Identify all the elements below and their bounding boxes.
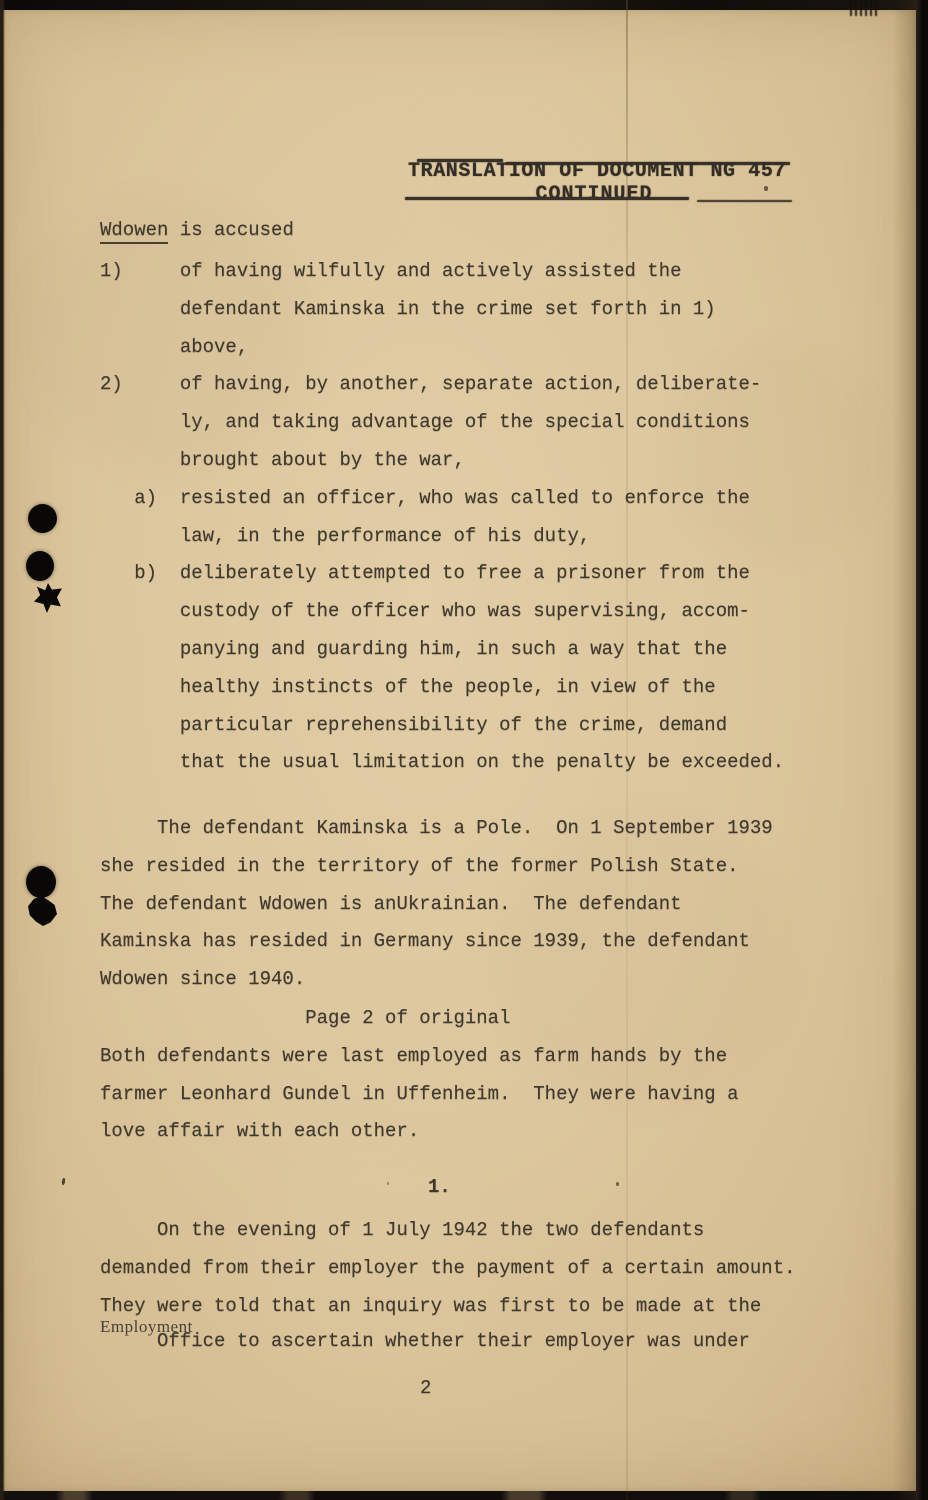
punch-hole-mark — [26, 866, 56, 898]
page2-section: Page 2 of originalBoth defendants were l… — [100, 1000, 739, 1151]
text-line: particular reprehensibility of the crime… — [100, 707, 784, 745]
text-line: custody of the officer who was supervisi… — [100, 593, 784, 631]
ink-smudge-top-right — [850, 0, 878, 16]
text-line: 2) of having, by another, separate actio… — [100, 366, 784, 404]
text-line: healthy instincts of the people, in view… — [100, 669, 784, 707]
ink-speck — [616, 1182, 619, 1186]
office-continuation-line: Office to ascertain whether their employ… — [100, 1330, 750, 1352]
defendant-name: Wdowen — [100, 219, 168, 244]
residence-paragraph: The defendant Kaminska is a Pole. On 1 S… — [100, 810, 773, 999]
text-line: she resided in the territory of the form… — [100, 848, 773, 886]
section-number: 1. — [428, 1176, 451, 1198]
text-line: On the evening of 1 July 1942 the two de… — [100, 1212, 796, 1250]
document-title: TRANSLATION OF DOCUMENT NG 457 — [408, 160, 786, 183]
paper-edge-shadow — [893, 0, 916, 1500]
text-line: Both defendants were last employed as fa… — [100, 1038, 739, 1076]
text-line: Page 2 of original — [100, 1000, 739, 1038]
scan-edge-top — [0, 0, 928, 10]
text-line: demanded from their employer the payment… — [100, 1250, 796, 1288]
text-line: farmer Leonhard Gundel in Uffenheim. The… — [100, 1076, 739, 1114]
document-subtitle: CONTINUED — [408, 183, 780, 206]
scan-edge-bottom — [0, 1491, 928, 1500]
text-line: Wdowen since 1940. — [100, 961, 773, 999]
incident-paragraph: On the evening of 1 July 1942 the two de… — [100, 1212, 796, 1325]
scan-edge-left — [0, 0, 5, 1500]
text-line: brought about by the war, — [100, 442, 784, 480]
text-line: 1) of having wilfully and actively assis… — [100, 253, 784, 291]
ink-mark-top-center — [553, 0, 561, 9]
text-line: The defendant Wdowen is anUkrainian. The… — [100, 886, 773, 924]
page-number: 2 — [420, 1377, 431, 1399]
text-line: panying and guarding him, in such a way … — [100, 631, 784, 669]
text-line: ly, and taking advantage of the special … — [100, 404, 784, 442]
text-line: a) resisted an officer, who was called t… — [100, 480, 784, 518]
accusation-heading: Wdowen is accused — [100, 219, 294, 241]
text-line: law, in the performance of his duty, — [100, 518, 784, 556]
text-line: above, — [100, 329, 784, 367]
text-line: They were told that an inquiry was first… — [100, 1288, 796, 1326]
text-line: The defendant Kaminska is a Pole. On 1 S… — [100, 810, 773, 848]
text-line: that the usual limitation on the penalty… — [100, 744, 784, 782]
scan-edge-right — [916, 0, 928, 1500]
accusations-list: 1) of having wilfully and actively assis… — [100, 253, 784, 782]
text-line: Kaminska has resided in Germany since 19… — [100, 923, 773, 961]
ink-speck — [387, 1182, 389, 1185]
text-line: defendant Kaminska in the crime set fort… — [100, 291, 784, 329]
text-line: love affair with each other. — [100, 1113, 739, 1151]
accusation-heading-rest: is accused — [168, 219, 293, 241]
header-rule-bottom-right — [697, 200, 792, 202]
scanned-document-page: TRANSLATION OF DOCUMENT NG 457 CONTINUED… — [0, 0, 928, 1500]
text-line: b) deliberately attempted to free a pris… — [100, 555, 784, 593]
punch-hole-mark — [28, 504, 57, 533]
punch-hole-mark — [26, 551, 54, 581]
header-rule-bottom-left — [405, 197, 689, 200]
